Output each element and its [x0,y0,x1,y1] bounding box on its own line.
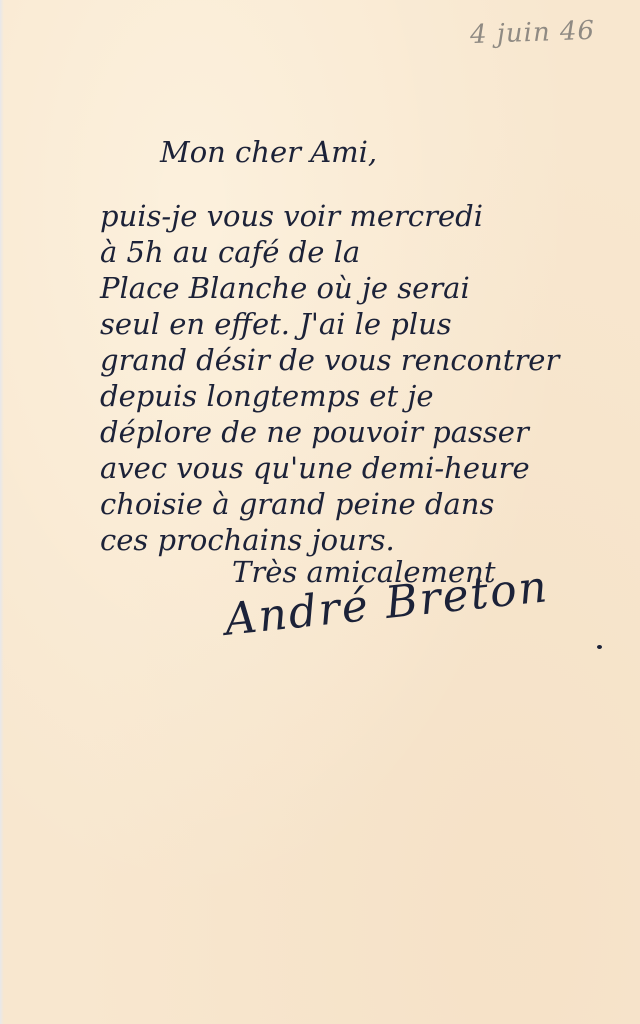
salutation: Mon cher Ami, [160,135,377,169]
body-line: Place Blanche où je serai [100,270,559,306]
body-line: avec vous qu'une demi-heure [100,450,559,486]
pencil-date-note: 4 juin 46 [470,16,596,50]
body-line: ces prochains jours. [100,522,559,558]
signature-dot [597,645,602,649]
body-line: grand désir de vous rencontrer [100,342,559,378]
body-line: à 5h au café de la [100,234,559,270]
body-line: depuis longtemps et je [100,378,559,414]
letter-body: puis-je vous voir mercredi à 5h au café … [100,198,559,558]
letter-page: 4 juin 46 Mon cher Ami, puis-je vous voi… [0,0,640,1024]
body-line: choisie à grand peine dans [100,486,559,522]
paper-edge [0,0,4,1024]
body-line: puis-je vous voir mercredi [100,198,559,234]
body-line: déplore de ne pouvoir passer [100,414,559,450]
body-line: seul en effet. J'ai le plus [100,306,559,342]
